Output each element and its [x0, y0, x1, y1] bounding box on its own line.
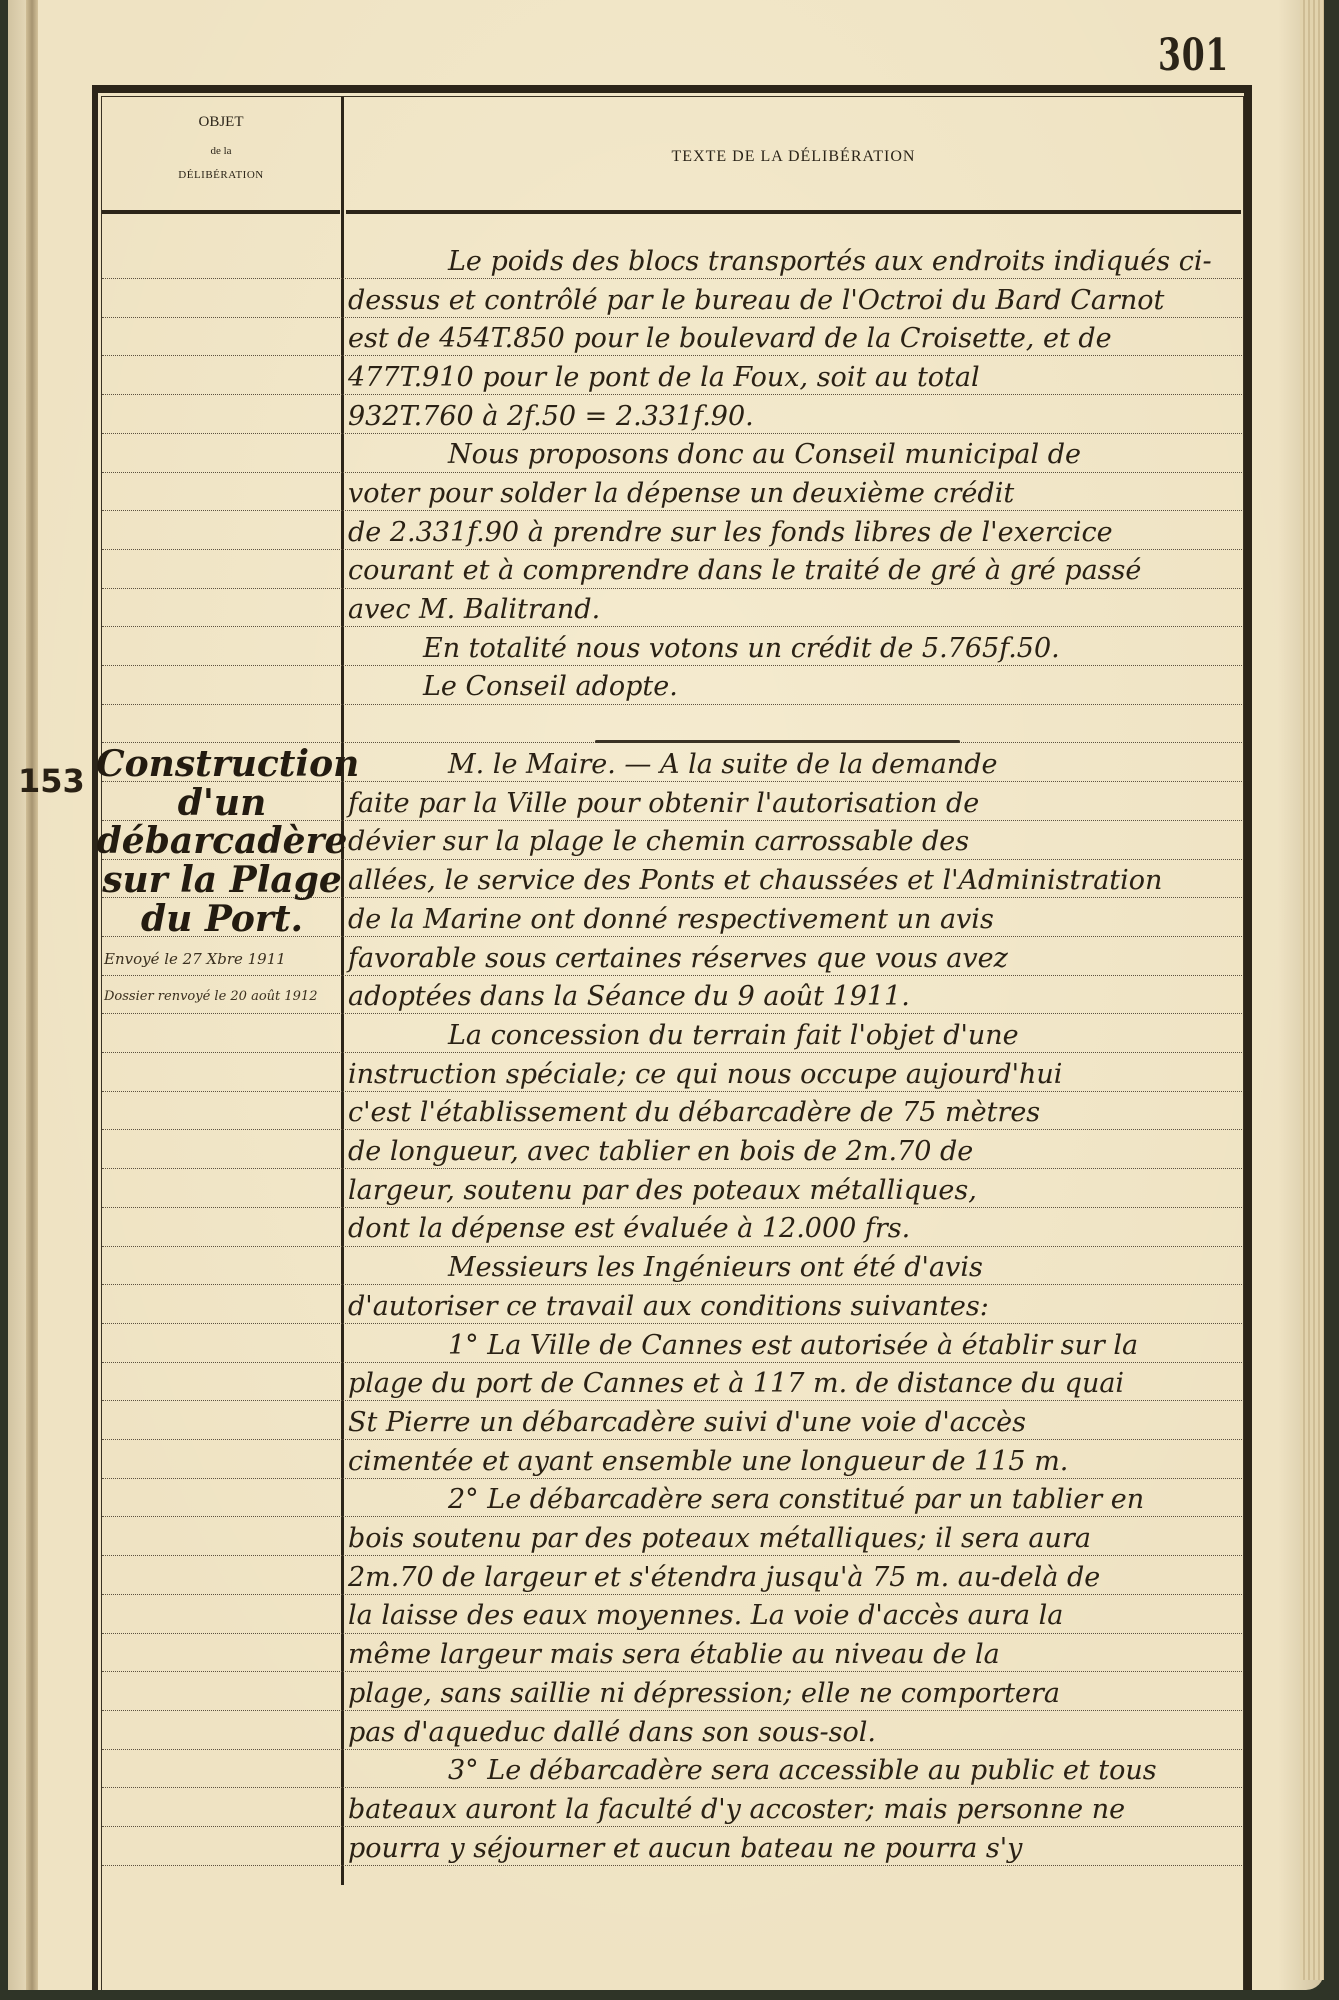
text-line: courant et à comprendre dans le traité d… — [348, 552, 1248, 590]
subject-line: du Port. — [96, 900, 348, 938]
text-line: est de 454T.850 pour le boulevard de la … — [348, 320, 1248, 358]
text-line: de 2.331f.90 à prendre sur les fonds lib… — [348, 514, 1248, 552]
text-line: voter pour solder la dépense un deuxième… — [348, 475, 1248, 513]
text-line: La concession du terrain fait l'objet d'… — [348, 1017, 1248, 1055]
text-line: Le poids des blocs transportés aux endro… — [348, 243, 1248, 281]
text-line: 2m.70 de largeur et s'étendra jusqu'à 75… — [348, 1559, 1248, 1597]
header-objet: OBJET — [102, 114, 340, 131]
text-line: même largeur mais sera établie au niveau… — [348, 1636, 1248, 1674]
text-line: avec M. Balitrand. — [348, 591, 1248, 629]
entry-separator — [595, 740, 960, 743]
text-line: allées, le service des Ponts et chaussée… — [348, 862, 1248, 900]
text-line: plage du port de Cannes et à 117 m. de d… — [348, 1365, 1248, 1403]
sent-note: Envoyé le 27 Xbre 1911 — [104, 940, 344, 978]
subject-line: sur la Plage — [96, 861, 348, 899]
header-rule-left — [102, 210, 340, 214]
text-line: En totalité nous votons un crédit de 5.7… — [348, 630, 1248, 668]
text-line: faite par la Ville pour obtenir l'autori… — [348, 785, 1248, 823]
subject-line: d'un — [96, 784, 348, 822]
text-line: Le Conseil adopte. — [348, 668, 1248, 706]
subject-line: Construction — [96, 745, 348, 783]
text-line: la laisse des eaux moyennes. La voie d'a… — [348, 1597, 1248, 1635]
text-line: favorable sous certaines réserves que vo… — [348, 940, 1248, 978]
text-line: St Pierre un débarcadère suivi d'une voi… — [348, 1404, 1248, 1442]
text-line: 3° Le débarcadère sera accessible au pub… — [348, 1752, 1248, 1790]
text-line: d'autoriser ce travail aux conditions su… — [348, 1288, 1248, 1326]
text-line: adoptées dans la Séance du 9 août 1911. — [348, 978, 1248, 1016]
text-line: 477T.910 pour le pont de la Foux, soit a… — [348, 359, 1248, 397]
header-de-la: de la — [102, 145, 340, 157]
text-line: de la Marine ont donné respectivement un… — [348, 901, 1248, 939]
text-line: dessus et contrôlé par le bureau de l'Oc… — [348, 282, 1248, 320]
subject-line: débarcadère — [96, 822, 348, 860]
text-line: cimentée et ayant ensemble une longueur … — [348, 1443, 1248, 1481]
text-line: c'est l'établissement du débarcadère de … — [348, 1094, 1248, 1132]
text-line: 932T.760 à 2f.50 = 2.331f.90. — [348, 398, 1248, 436]
text-line: M. le Maire. — A la suite de la demande — [348, 746, 1248, 784]
text-line: bois soutenu par des poteaux métalliques… — [348, 1520, 1248, 1558]
page-binding — [26, 0, 38, 1990]
text-line: Nous proposons donc au Conseil municipal… — [348, 436, 1248, 474]
text-line: plage, sans saillie ni dépression; elle … — [348, 1675, 1248, 1713]
page-edges — [1300, 0, 1324, 1980]
text-line: largeur, soutenu par des poteaux métalli… — [348, 1172, 1248, 1210]
header-deliberation: DÉLIBÉRATION — [102, 169, 340, 181]
column-header-subject: OBJET de la DÉLIBÉRATION — [102, 110, 340, 181]
text-line: de longueur, avec tablier en bois de 2m.… — [348, 1133, 1248, 1171]
page-number: 301 — [1158, 30, 1229, 81]
text-line: 2° Le débarcadère sera constitué par un … — [348, 1481, 1248, 1519]
text-line: pas d'aqueduc dallé dans son sous-sol. — [348, 1714, 1248, 1752]
text-line: 1° La Ville de Cannes est autorisée à ét… — [348, 1327, 1248, 1365]
text-line: instruction spéciale; ce qui nous occupe… — [348, 1056, 1248, 1094]
text-line: Messieurs les Ingénieurs ont été d'avis — [348, 1249, 1248, 1287]
entry-number: 153 — [18, 762, 85, 800]
returned-note: Dossier renvoyé le 20 août 1912 — [104, 978, 344, 1016]
text-line: dont la dépense est évaluée à 12.000 frs… — [348, 1210, 1248, 1248]
text-line: bateaux auront la faculté d'y accoster; … — [348, 1791, 1248, 1829]
column-header-text: TEXTE DE LA DÉLIBÉRATION — [345, 148, 1242, 166]
header-rule-right — [346, 210, 1241, 214]
text-line: pourra y séjourner et aucun bateau ne po… — [348, 1830, 1248, 1868]
text-line: dévier sur la plage le chemin carrossabl… — [348, 823, 1248, 861]
